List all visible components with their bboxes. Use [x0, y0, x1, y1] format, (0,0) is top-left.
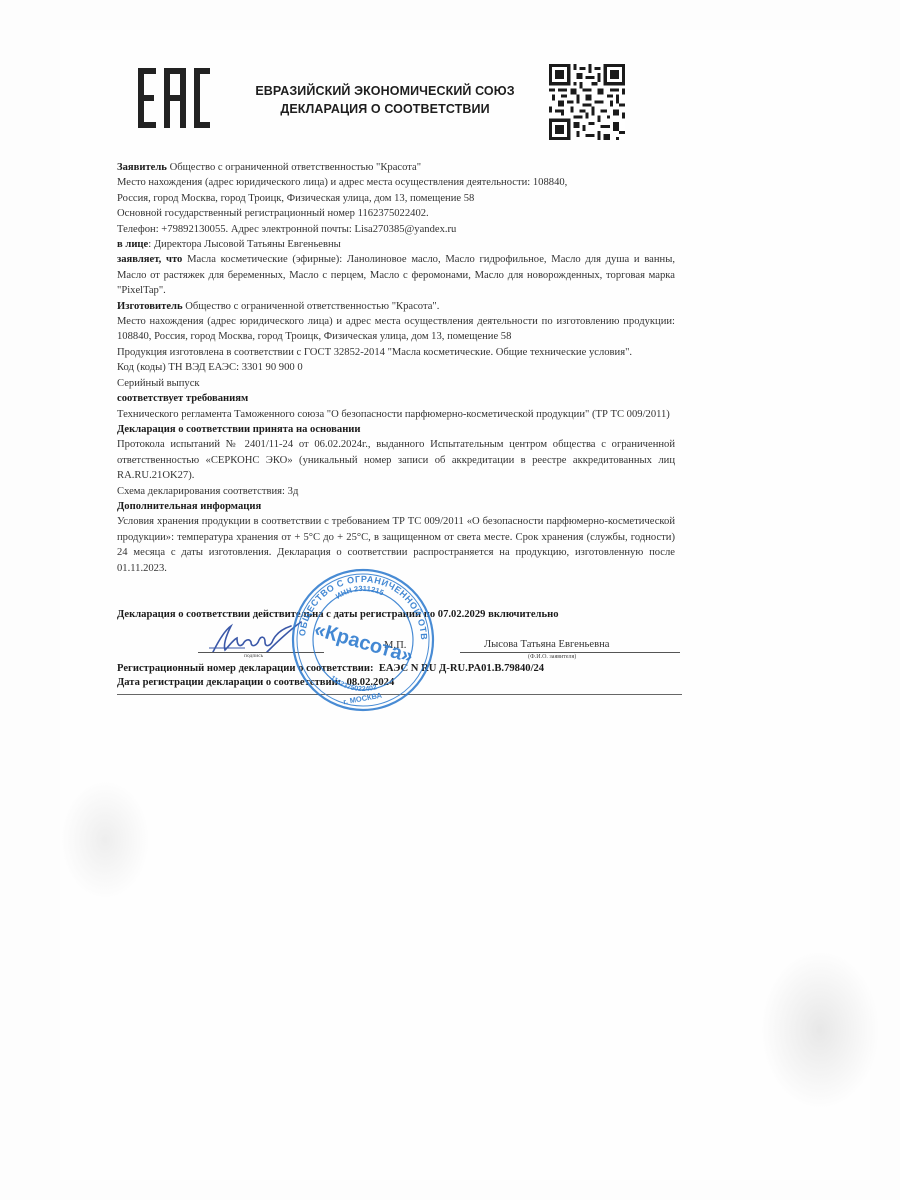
applicant-line: Заявитель Общество с ограниченной ответс…: [117, 160, 675, 175]
header-title: ДЕКЛАРАЦИЯ О СООТВЕТСТВИИ: [240, 100, 530, 118]
additional-heading: Дополнительная информация: [117, 499, 675, 514]
declaration-body: Заявитель Общество с ограниченной ответс…: [117, 160, 675, 576]
requirements-heading: соответствует требованиям: [117, 391, 675, 406]
applicant-label: Заявитель: [117, 162, 167, 173]
manufacturer-standard: Продукция изготовлена в соответствии с Г…: [117, 345, 675, 360]
applicant-address-1: Место нахождения (адрес юридического лиц…: [117, 175, 675, 190]
qr-code-icon[interactable]: [549, 63, 625, 141]
requirements-label: соответствует требованиям: [117, 393, 248, 404]
applicant-contacts: Телефон: +79892130055. Адрес электронной…: [117, 222, 675, 237]
declaration-scheme: Схема декларирования соответствия: 3д: [117, 484, 675, 499]
applicant-name: Общество с ограниченной ответственностью…: [170, 162, 422, 173]
scan-shadow: [60, 780, 150, 900]
release-type: Серийный выпуск: [117, 376, 675, 391]
basis-label: Декларация о соответствии принята на осн…: [117, 424, 361, 435]
manufacturer-label: Изготовитель: [117, 301, 183, 312]
header-union: ЕВРАЗИЙСКИЙ ЭКОНОМИЧЕСКИЙ СОЮЗ: [240, 82, 530, 100]
applicant-person: в лице: Директора Лысовой Татьяны Евгень…: [117, 237, 675, 252]
basis-heading: Декларация о соответствии принята на осн…: [117, 422, 675, 437]
name-line: [460, 652, 680, 653]
person-name: : Директора Лысовой Татьяны Евгеньевны: [148, 239, 341, 250]
document-header: ЕВРАЗИЙСКИЙ ЭКОНОМИЧЕСКИЙ СОЮЗ ДЕКЛАРАЦИ…: [240, 82, 530, 118]
manufacturer-address: Место нахождения (адрес юридического лиц…: [117, 314, 675, 345]
page-background: ЕВРАЗИЙСКИЙ ЭКОНОМИЧЕСКИЙ СОЮЗ ДЕКЛАРАЦИ…: [0, 0, 900, 1200]
tn-ved-code: Код (коды) ТН ВЭД ЕАЭС: 3301 90 900 0: [117, 360, 675, 375]
declares-text: Масла косметические (эфирные): Ланолинов…: [117, 254, 675, 296]
manufacturer-name: Общество с ограниченной ответственностью…: [183, 301, 440, 312]
scan-shadow: [760, 950, 880, 1110]
company-stamp-icon: ОБЩЕСТВО С ОГРАНИЧЕННОЙ ОТВЕТСТВЕННОСТЬЮ…: [290, 567, 436, 713]
eac-logo-icon: [136, 66, 212, 130]
signature-caption: подпись: [244, 653, 263, 659]
basis-text: Протокола испытаний № 2401/11-24 от 06.0…: [117, 437, 675, 483]
applicant-ogrn: Основной государственный регистрационный…: [117, 206, 675, 221]
svg-text:1162375022402: 1162375022402: [329, 675, 378, 693]
fio-caption: (Ф.И.О. заявителя): [528, 654, 576, 660]
requirements-text: Технического регламента Таможенного союз…: [117, 407, 675, 422]
manufacturer-line: Изготовитель Общество с ограниченной отв…: [117, 299, 675, 314]
person-label: в лице: [117, 239, 148, 250]
signer-name: Лысова Татьяна Евгеньевна: [484, 639, 609, 650]
applicant-address-2: Россия, город Москва, город Троицк, Физи…: [117, 191, 675, 206]
declares-label: заявляет, что: [117, 254, 182, 265]
additional-label: Дополнительная информация: [117, 501, 261, 512]
declares-paragraph: заявляет, что Масла косметические (эфирн…: [117, 252, 675, 298]
svg-text:«Красота»: «Красота»: [312, 619, 416, 668]
